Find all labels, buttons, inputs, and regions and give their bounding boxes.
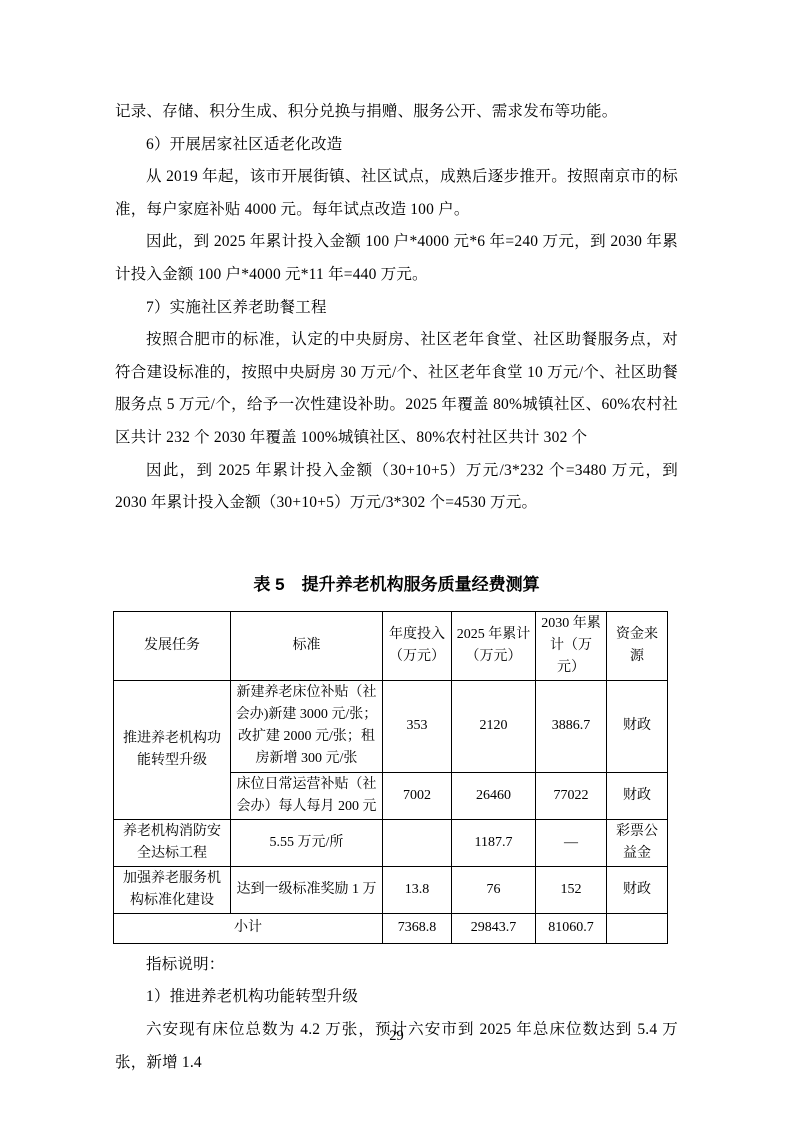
table-row-subtotal: 小计 7368.8 29843.7 81060.7 [114,913,668,943]
document-page: 记录、存储、积分生成、积分兑换与捐赠、服务公开、需求发布等功能。 6）开展居家社… [0,0,793,1122]
paragraph-retrofit-cost: 因此，到 2025 年累计投入金额 100 户*4000 元*6 年=240 万… [115,226,678,291]
paragraph-bed-count: 六安现有床位总数为 4.2 万张，预计六安市到 2025 年总床位数达到 5.4… [115,1014,678,1079]
page-number: 29 [0,1026,793,1046]
cell-r2-cumulative-2025: 26460 [452,772,536,819]
cell-r1-cumulative-2025: 2120 [452,680,536,772]
cell-subtotal-cumulative-2025: 29843.7 [452,913,536,943]
cell-r3-standard: 5.55 万元/所 [231,819,383,866]
col-header-annual-input: 年度投入（万元） [383,611,452,680]
col-header-funding-source: 资金来源 [607,611,668,680]
paragraph-meal-service-standard: 按照合肥市的标准，认定的中央厨房、社区老年食堂、社区助餐服务点，对符合建设标准的… [115,324,678,454]
cell-r1-funding-source: 财政 [607,680,668,772]
note-item-1: 1）推进养老机构功能转型升级 [115,981,678,1014]
col-header-task: 发展任务 [114,611,231,680]
cell-r4-standard: 达到一级标准奖励 1 万 [231,866,383,913]
table-header-row: 发展任务 标准 年度投入（万元） 2025 年累计（万元） 2030 年累计（万… [114,611,668,680]
cell-r4-cumulative-2025: 76 [452,866,536,913]
cell-r2-funding-source: 财政 [607,772,668,819]
cell-subtotal-label: 小计 [114,913,383,943]
cell-r1-cumulative-2030: 3886.7 [536,680,607,772]
cell-r2-standard: 床位日常运营补贴（社会办）每人每月 200 元 [231,772,383,819]
cell-r1-annual-input: 353 [383,680,452,772]
cell-subtotal-funding-source [607,913,668,943]
cell-r2-annual-input: 7002 [383,772,452,819]
table-title: 表 5 提升养老机构服务质量经费测算 [115,572,678,598]
cell-r3-task: 养老机构消防安全达标工程 [114,819,231,866]
cell-r1-task: 推进养老机构功能转型升级 [114,680,231,819]
col-header-standard: 标准 [231,611,383,680]
heading-item-7: 7）实施社区养老助餐工程 [115,292,678,325]
paragraph-functions-list: 记录、存储、积分生成、积分兑换与捐赠、服务公开、需求发布等功能。 [115,96,678,129]
col-header-cumulative-2025: 2025 年累计（万元） [452,611,536,680]
body-text-top: 记录、存储、积分生成、积分兑换与捐赠、服务公开、需求发布等功能。 6）开展居家社… [115,96,678,520]
indicator-notes-heading: 指标说明： [115,949,678,982]
table-row-r1: 推进养老机构功能转型升级 新建养老床位补贴（社会办)新建 3000 元/张；改扩… [114,680,668,772]
cell-r2-cumulative-2030: 77022 [536,772,607,819]
cell-r3-cumulative-2025: 1187.7 [452,819,536,866]
col-header-cumulative-2030: 2030 年累计（万元） [536,611,607,680]
cell-r1-standard: 新建养老床位补贴（社会办)新建 3000 元/张；改扩建 2000 元/张；租房… [231,680,383,772]
table-row-r4: 加强养老服务机构标准化建设 达到一级标准奖励 1 万 13.8 76 152 财… [114,866,668,913]
body-text-bottom: 指标说明： 1）推进养老机构功能转型升级 六安现有床位总数为 4.2 万张，预计… [115,949,678,1079]
cell-r4-cumulative-2030: 152 [536,866,607,913]
table-row-r3: 养老机构消防安全达标工程 5.55 万元/所 1187.7 — 彩票公益金 [114,819,668,866]
cell-r3-cumulative-2030: — [536,819,607,866]
cell-subtotal-annual-input: 7368.8 [383,913,452,943]
cell-r4-funding-source: 财政 [607,866,668,913]
cell-subtotal-cumulative-2030: 81060.7 [536,913,607,943]
paragraph-retrofit-pilot: 从 2019 年起，该市开展街镇、社区试点，成熟后逐步推开。按照南京市的标准，每… [115,161,678,226]
cell-r4-annual-input: 13.8 [383,866,452,913]
cell-r3-funding-source: 彩票公益金 [607,819,668,866]
cell-r3-annual-input [383,819,452,866]
cell-r4-task: 加强养老服务机构标准化建设 [114,866,231,913]
paragraph-meal-service-cost: 因此，到 2025 年累计投入金额（30+10+5）万元/3*232 个=348… [115,455,678,520]
expense-table: 发展任务 标准 年度投入（万元） 2025 年累计（万元） 2030 年累计（万… [113,611,668,944]
heading-item-6: 6）开展居家社区适老化改造 [115,129,678,162]
